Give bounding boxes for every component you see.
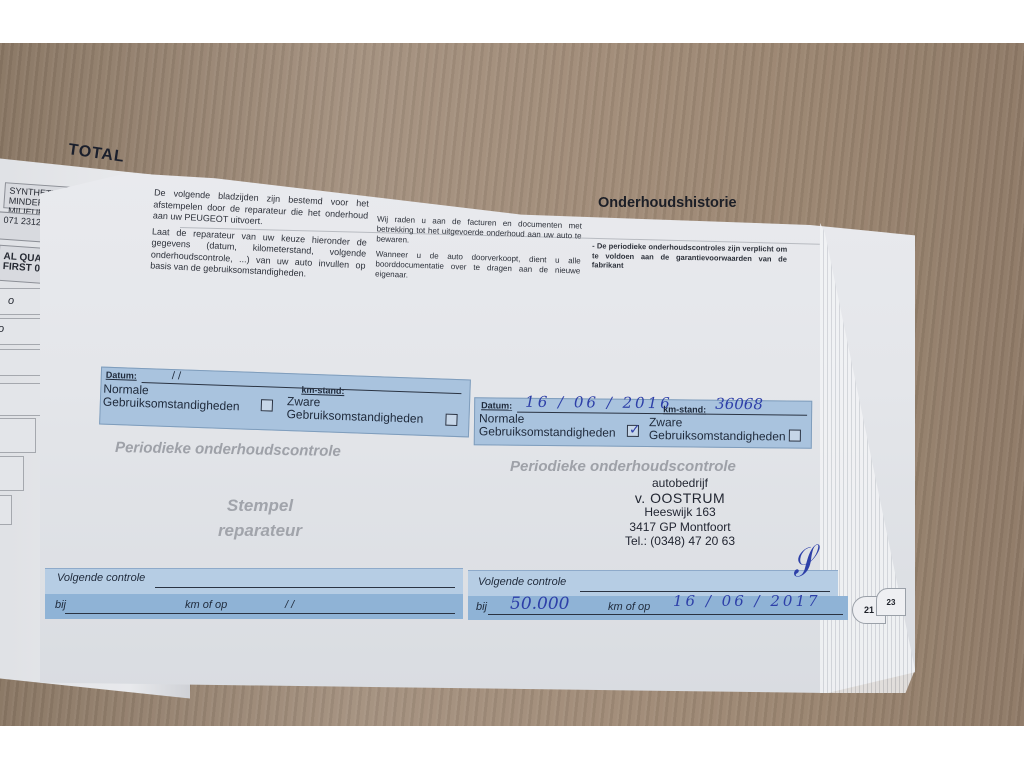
next-service-line <box>155 587 455 588</box>
table-row <box>0 418 36 453</box>
km-of-op-label: km of op <box>608 601 650 613</box>
intro-paragraph-2: Wij raden u aan de facturen en documente… <box>375 214 582 286</box>
datum-value[interactable]: / / <box>172 370 182 382</box>
page-number: 23 <box>887 598 896 607</box>
form-1-next-km: bij km of op / / <box>45 594 463 619</box>
km-of-op-label: km of op <box>185 599 227 611</box>
handwritten-mark: o <box>8 295 14 307</box>
form-2-date-strip: Datum: 16 / 06 / 2016 km-stand: 36068 No… <box>474 397 812 449</box>
intro-text: - De periodieke onderhoudscontroles zijn… <box>592 241 787 273</box>
intro-paragraph-1: De volgende bladzijden zijn bestemd voor… <box>150 187 369 283</box>
bij-label: bij <box>55 599 66 611</box>
datum-value[interactable]: 16 / 06 / 2016 <box>525 393 673 413</box>
next-date-value[interactable]: / / <box>285 599 294 611</box>
heavy-conditions-label: Zware <box>649 416 682 428</box>
stamp-garage-name: v. OOSTRUM <box>595 491 765 506</box>
total-brand-logo: TOTAL <box>67 141 126 167</box>
heavy-conditions-checkbox[interactable] <box>445 414 457 426</box>
table-row <box>0 495 12 525</box>
page-number: 21 <box>864 605 874 615</box>
normal-conditions-label: Gebruiksomstandigheden <box>103 396 240 413</box>
heavy-conditions-label: Gebruiksomstandigheden <box>286 408 423 425</box>
bij-label: bij <box>476 601 487 613</box>
intro-text: Wij raden u aan de facturen en documente… <box>376 214 582 251</box>
oil-code-text: 071 2312 <box>3 215 41 228</box>
next-date-value[interactable]: 16 / 06 / 2017 <box>673 592 821 610</box>
form-2-heading: Periodieke onderhoudscontrole <box>510 458 736 475</box>
form-2-next-km: bij 50.000 km of op 16 / 06 / 2017 <box>468 596 848 620</box>
wooden-table-background: ADVISEERT TOTAL SYNTHETISCH MINDER MILIE… <box>0 43 1024 726</box>
stamp-placeholder-line: Stempel <box>190 493 330 518</box>
next-service-label: Volgende controle <box>478 576 566 588</box>
next-service-label: Volgende controle <box>57 572 145 584</box>
check-mark-icon: ✓ <box>629 421 641 438</box>
heavy-conditions-label: Gebruiksomstandigheden <box>649 429 786 442</box>
page-title: Onderhoudshistorie <box>598 195 737 211</box>
stamp-placeholder-line: reparateur <box>190 518 330 543</box>
stamp-address: Heeswijk 163 <box>595 505 765 520</box>
normal-conditions-checkbox[interactable]: ✓ <box>627 425 639 437</box>
stamp-phone: Tel.: (0348) 47 20 63 <box>595 534 765 549</box>
table-row <box>0 456 24 491</box>
heavy-conditions-checkbox[interactable] <box>789 430 801 442</box>
stamp-placeholder: Stempel reparateur <box>190 493 330 543</box>
next-km-line <box>488 614 843 615</box>
normal-conditions-label: Gebruiksomstandigheden <box>479 425 616 438</box>
normal-conditions-checkbox[interactable] <box>261 399 273 411</box>
normal-conditions-label: Normale <box>479 412 524 424</box>
form-1-next-service: Volgende controle <box>45 568 463 594</box>
stamp-line: autobedrijf <box>595 476 765 491</box>
next-km-line <box>65 613 455 614</box>
datum-label: Datum: <box>481 400 512 410</box>
next-km-value[interactable]: 50.000 <box>510 594 569 614</box>
km-stand-value[interactable]: 36068 <box>715 395 763 413</box>
datum-label: Datum: <box>106 370 137 381</box>
page-number-tab[interactable]: 23 <box>876 588 906 616</box>
intro-paragraph-3: - De periodieke onderhoudscontroles zijn… <box>592 241 787 273</box>
garage-stamp: autobedrijf v. OOSTRUM Heeswijk 163 3417… <box>595 476 765 549</box>
handwritten-mark: o <box>0 323 4 335</box>
stamp-city: 3417 GP Montfoort <box>595 520 765 535</box>
